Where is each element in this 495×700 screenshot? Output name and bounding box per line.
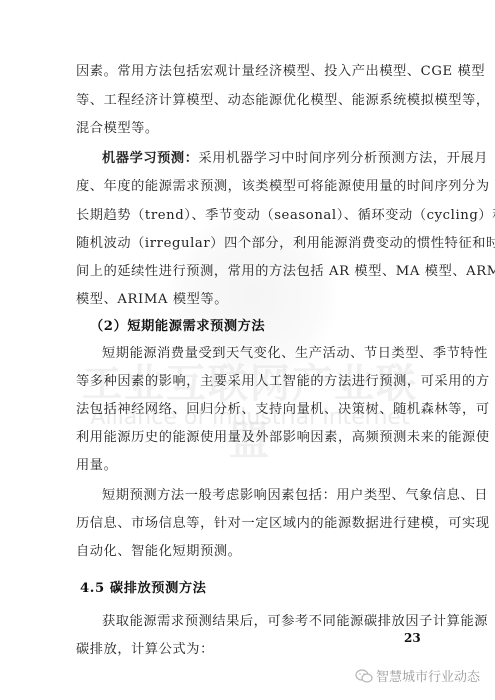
paragraph-line: 等多种因素的影响，主要采用人工智能的方法进行预测，可采用的方 — [76, 373, 422, 391]
paragraph-line: 机器学习预测：采用机器学习中时间序列分析预测方法，开展月 — [76, 150, 422, 168]
footer-brand-text: 智慧城市行业动态 — [376, 666, 480, 685]
paragraph-line: 间上的延续性进行预测，常用的方法包括 AR 模型、MA 模型、ARMA — [76, 263, 422, 281]
page-number: 23 — [404, 631, 421, 645]
paragraph-line: 长期趋势（trend）、季节变动（seasonal）、循环变动（cycling）… — [76, 207, 422, 225]
paragraph-line: 历信息、市场信息等，针对一定区域内的能源数据进行建模，可实现 — [76, 515, 422, 533]
paragraph-line: 法包括神经网络、回归分析、支持向量机、决策树、随机森林等，可 — [76, 401, 422, 419]
paragraph-line: 模型、ARIMA 模型等。 — [76, 291, 422, 309]
paragraph-line: 混合模型等。 — [76, 120, 422, 138]
paragraph-line: 短期能源消费量受到天气变化、生产活动、节日类型、季节特性 — [76, 345, 422, 363]
machine-learning-lead: 机器学习预测： — [102, 151, 199, 166]
paragraph-line: 利用能源历史的能源使用量及外部影响因素，高频预测未来的能源使 — [76, 429, 422, 447]
paragraph-line: 随机波动（irregular）四个部分，利用能源消费变动的惯性特征和时 — [76, 235, 422, 253]
document-page: 工业互联网产业联盟 Alliance of Industrial Interne… — [0, 0, 495, 700]
paragraph-line: 碳排放，计算公式为： — [76, 641, 422, 659]
paragraph-line: 等、工程经济计算模型、动态能源优化模型、能源系统模拟模型等， — [76, 92, 422, 110]
paragraph-line: 短期预测方法一般考虑影响因素包括：用户类型、气象信息、日 — [76, 487, 422, 505]
subsection-heading: （2）短期能源需求预测方法 — [90, 318, 265, 336]
section-heading: 4.5 碳排放预测方法 — [80, 580, 206, 598]
footer-brand: 智慧城市行业动态 — [355, 666, 480, 685]
paragraph-line: 因素。常用方法包括宏观计量经济模型、投入产出模型、CGE 模型 — [76, 63, 422, 81]
paragraph-line: 自动化、智能化短期预测。 — [76, 543, 422, 561]
paragraph-line: 度、年度的能源需求预测，该类模型可将能源使用量的时间序列分为 — [76, 178, 422, 196]
paragraph-text: 采用机器学习中时间序列分析预测方法，开展月 — [199, 151, 489, 166]
wechat-icon — [355, 668, 373, 684]
paragraph-line: 用量。 — [76, 457, 422, 475]
paragraph-line: 获取能源需求预测结果后，可参考不同能源碳排放因子计算能源 — [76, 613, 422, 631]
